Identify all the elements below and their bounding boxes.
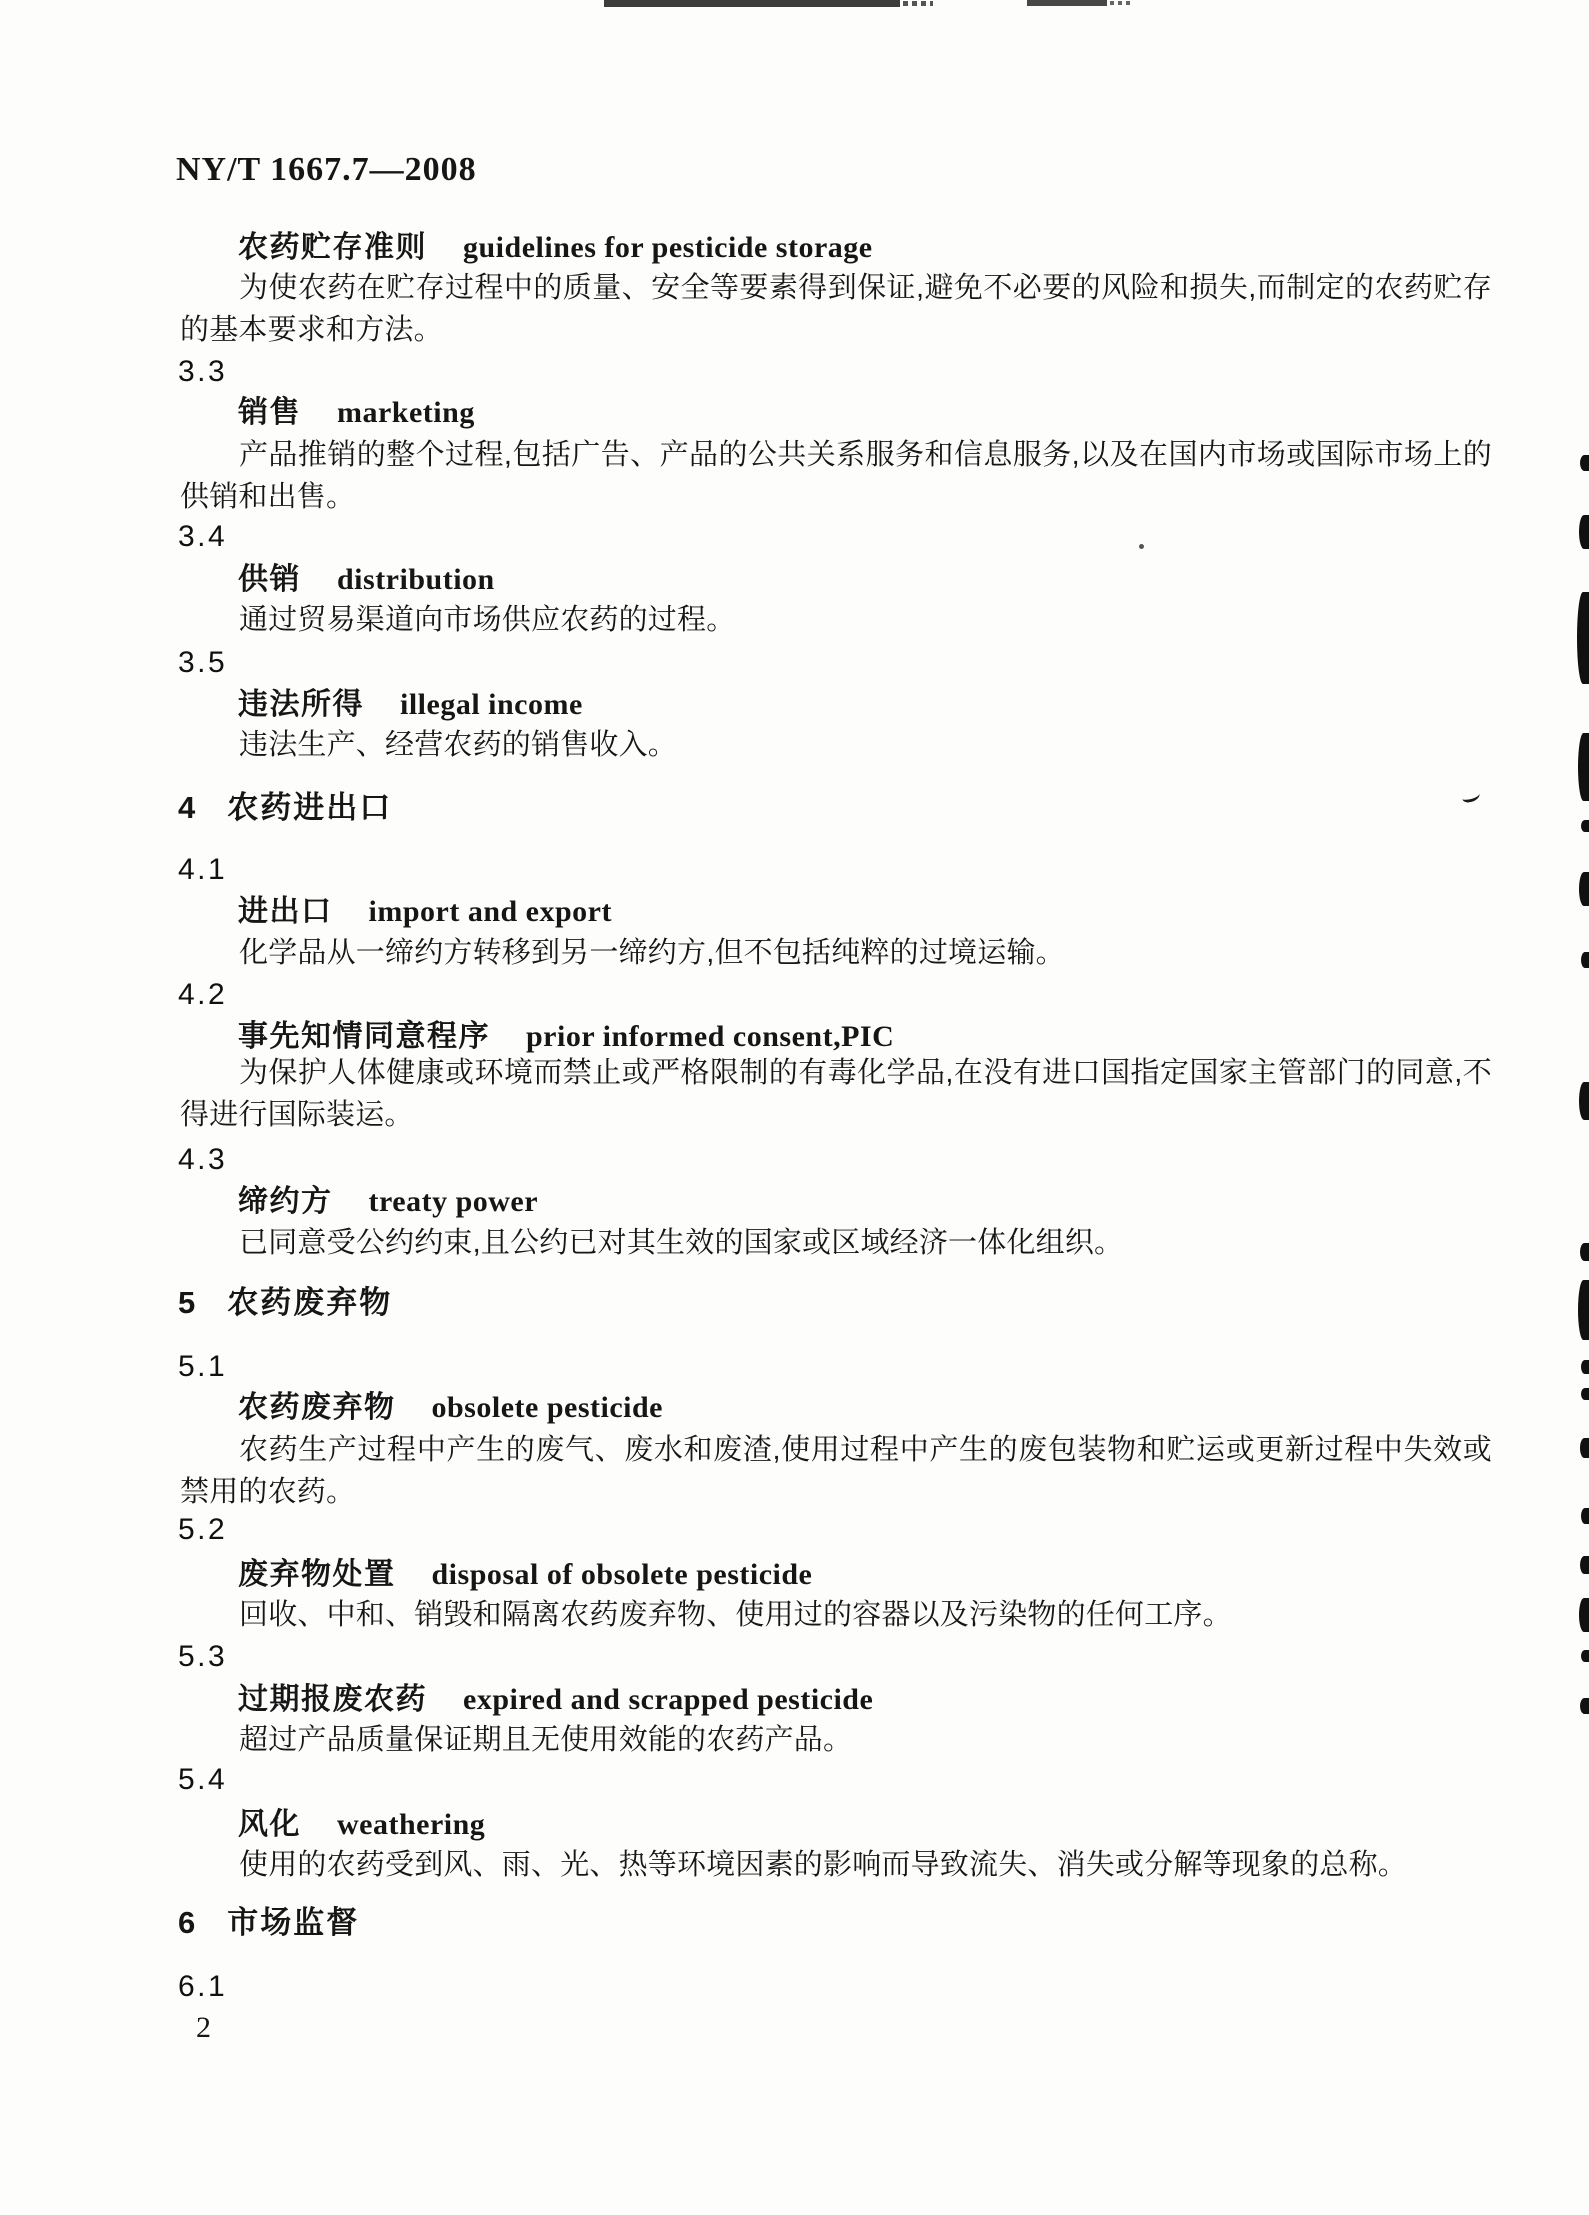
chapter-title: 农药进出口 [227,790,392,825]
term-english: marketing [337,396,475,429]
term-chinese: 风化 [238,1808,301,1841]
clause-number-5-4: 5.4 [178,1759,227,1801]
term-english: distribution [337,563,495,596]
clause-number-5-3: 5.3 [178,1636,227,1678]
term-chinese: 废弃物处置 [238,1558,396,1591]
chapter-number: 5 [178,1285,196,1320]
scan-artifact-top-line [1027,0,1107,6]
term-definition: 产品推销的整个过程,包括广告、产品的公共关系服务和信息服务,以及在国内市场或国际… [180,434,1492,518]
term-line: 农药废弃物obsolete pesticide [238,1387,663,1434]
term-chinese: 销售 [238,396,301,429]
scan-artifact-dot [1139,544,1144,549]
scan-artifact-edge-mark [1578,733,1589,801]
scan-artifact-top-dashes [1110,1,1134,5]
chapter-number: 4 [178,790,196,825]
scan-artifact-edge-mark [1579,515,1589,549]
term-line: 销售marketing [238,392,475,439]
scan-artifact-top-line [604,0,900,7]
term-definition: 已同意受公约约束,且公约已对其生效的国家或区域经济一体化组织。 [180,1222,1492,1264]
scan-artifact-edge-mark [1577,592,1589,684]
term-line: 缔约方treaty power [238,1181,538,1228]
scan-artifact-edge-mark [1581,1650,1589,1662]
term-definition: 使用的农药受到风、雨、光、热等环境因素的影响而导致流失、消失或分解等现象的总称。 [180,1844,1492,1886]
term-chinese: 事先知情同意程序 [238,1020,490,1053]
scan-artifact-edge-mark [1579,872,1589,906]
term-definition: 回收、中和、销毁和隔离农药废弃物、使用过的容器以及污染物的任何工序。 [180,1594,1492,1636]
term-english: guidelines for pesticide storage [463,231,873,264]
clause-number-6-1: 6.1 [178,1966,227,2008]
term-chinese: 进出口 [238,895,333,928]
term-definition: 违法生产、经营农药的销售收入。 [180,724,1492,766]
scan-artifact-edge-mark [1581,1360,1589,1374]
clause-number-4-2: 4.2 [178,974,227,1016]
clause-number-5-2: 5.2 [178,1509,227,1551]
term-english: weathering [337,1808,485,1841]
term-english: import and export [369,895,613,928]
scan-artifact-edge-mark [1580,455,1589,471]
scan-artifact-edge-mark [1578,1280,1589,1340]
term-chinese: 农药贮存准则 [238,231,427,264]
term-english: expired and scrapped pesticide [463,1683,873,1716]
term-definition: 为保护人体健康或环境而禁止或严格限制的有毒化学品,在没有进口国指定国家主管部门的… [180,1052,1492,1136]
term-definition: 化学品从一缔约方转移到另一缔约方,但不包括纯粹的过境运输。 [180,932,1492,974]
scan-artifact-top-dashes [903,1,933,6]
scan-artifact-edge-mark [1579,1082,1589,1120]
term-english: disposal of obsolete pesticide [432,1558,813,1591]
scan-artifact-edge-mark [1581,1508,1589,1524]
term-chinese: 过期报废农药 [238,1683,427,1716]
term-english: obsolete pesticide [432,1391,663,1424]
doc-code-header: NY/T 1667.7—2008 [176,150,477,190]
scan-artifact-mark [1461,789,1481,804]
scan-artifact-edge-mark [1580,1243,1589,1261]
scan-artifact-edge-mark [1580,1438,1589,1458]
scan-artifact-edge-mark [1581,952,1589,968]
clause-number-4-1: 4.1 [178,849,227,891]
chapter-title: 农药废弃物 [227,1285,392,1320]
term-english: treaty power [369,1185,539,1218]
scan-artifact-edge-mark [1581,1388,1589,1400]
clause-number-5-1: 5.1 [178,1346,227,1388]
page-number: 2 [196,2007,211,2049]
scan-artifact-edge-mark [1579,1598,1589,1632]
chapter-heading-4: 4农药进出口 [178,787,392,829]
clause-number-3-5: 3.5 [178,642,227,684]
chapter-heading-6: 6市场监督 [178,1902,359,1944]
clause-number-3-3: 3.3 [178,351,227,393]
term-english: prior informed consent,PIC [526,1020,894,1053]
term-chinese: 农药废弃物 [238,1391,396,1424]
scan-artifact-edge-mark [1580,1556,1589,1574]
term-line: 进出口import and export [238,891,612,938]
term-definition: 通过贸易渠道向市场供应农药的过程。 [180,599,1492,641]
term-english: illegal income [400,688,583,721]
term-chinese: 违法所得 [238,688,364,721]
term-chinese: 缔约方 [238,1185,333,1218]
term-definition: 超过产品质量保证期且无使用效能的农药产品。 [180,1719,1492,1761]
clause-number-3-4: 3.4 [178,516,227,558]
clause-number-4-3: 4.3 [178,1139,227,1181]
term-definition: 为使农药在贮存过程中的质量、安全等要素得到保证,避免不必要的风险和损失,而制定的… [180,267,1492,351]
chapter-number: 6 [178,1905,196,1940]
scan-artifact-edge-mark [1581,820,1589,832]
chapter-heading-5: 5农药废弃物 [178,1282,392,1324]
term-definition: 农药生产过程中产生的废气、废水和废渣,使用过程中产生的废包装物和贮运或更新过程中… [180,1429,1492,1513]
document-page: NY/T 1667.7—2008 农药贮存准则guidelines for pe… [0,0,1589,2215]
scan-artifact-edge-mark [1580,1698,1589,1714]
chapter-title: 市场监督 [227,1905,359,1940]
term-chinese: 供销 [238,563,301,596]
